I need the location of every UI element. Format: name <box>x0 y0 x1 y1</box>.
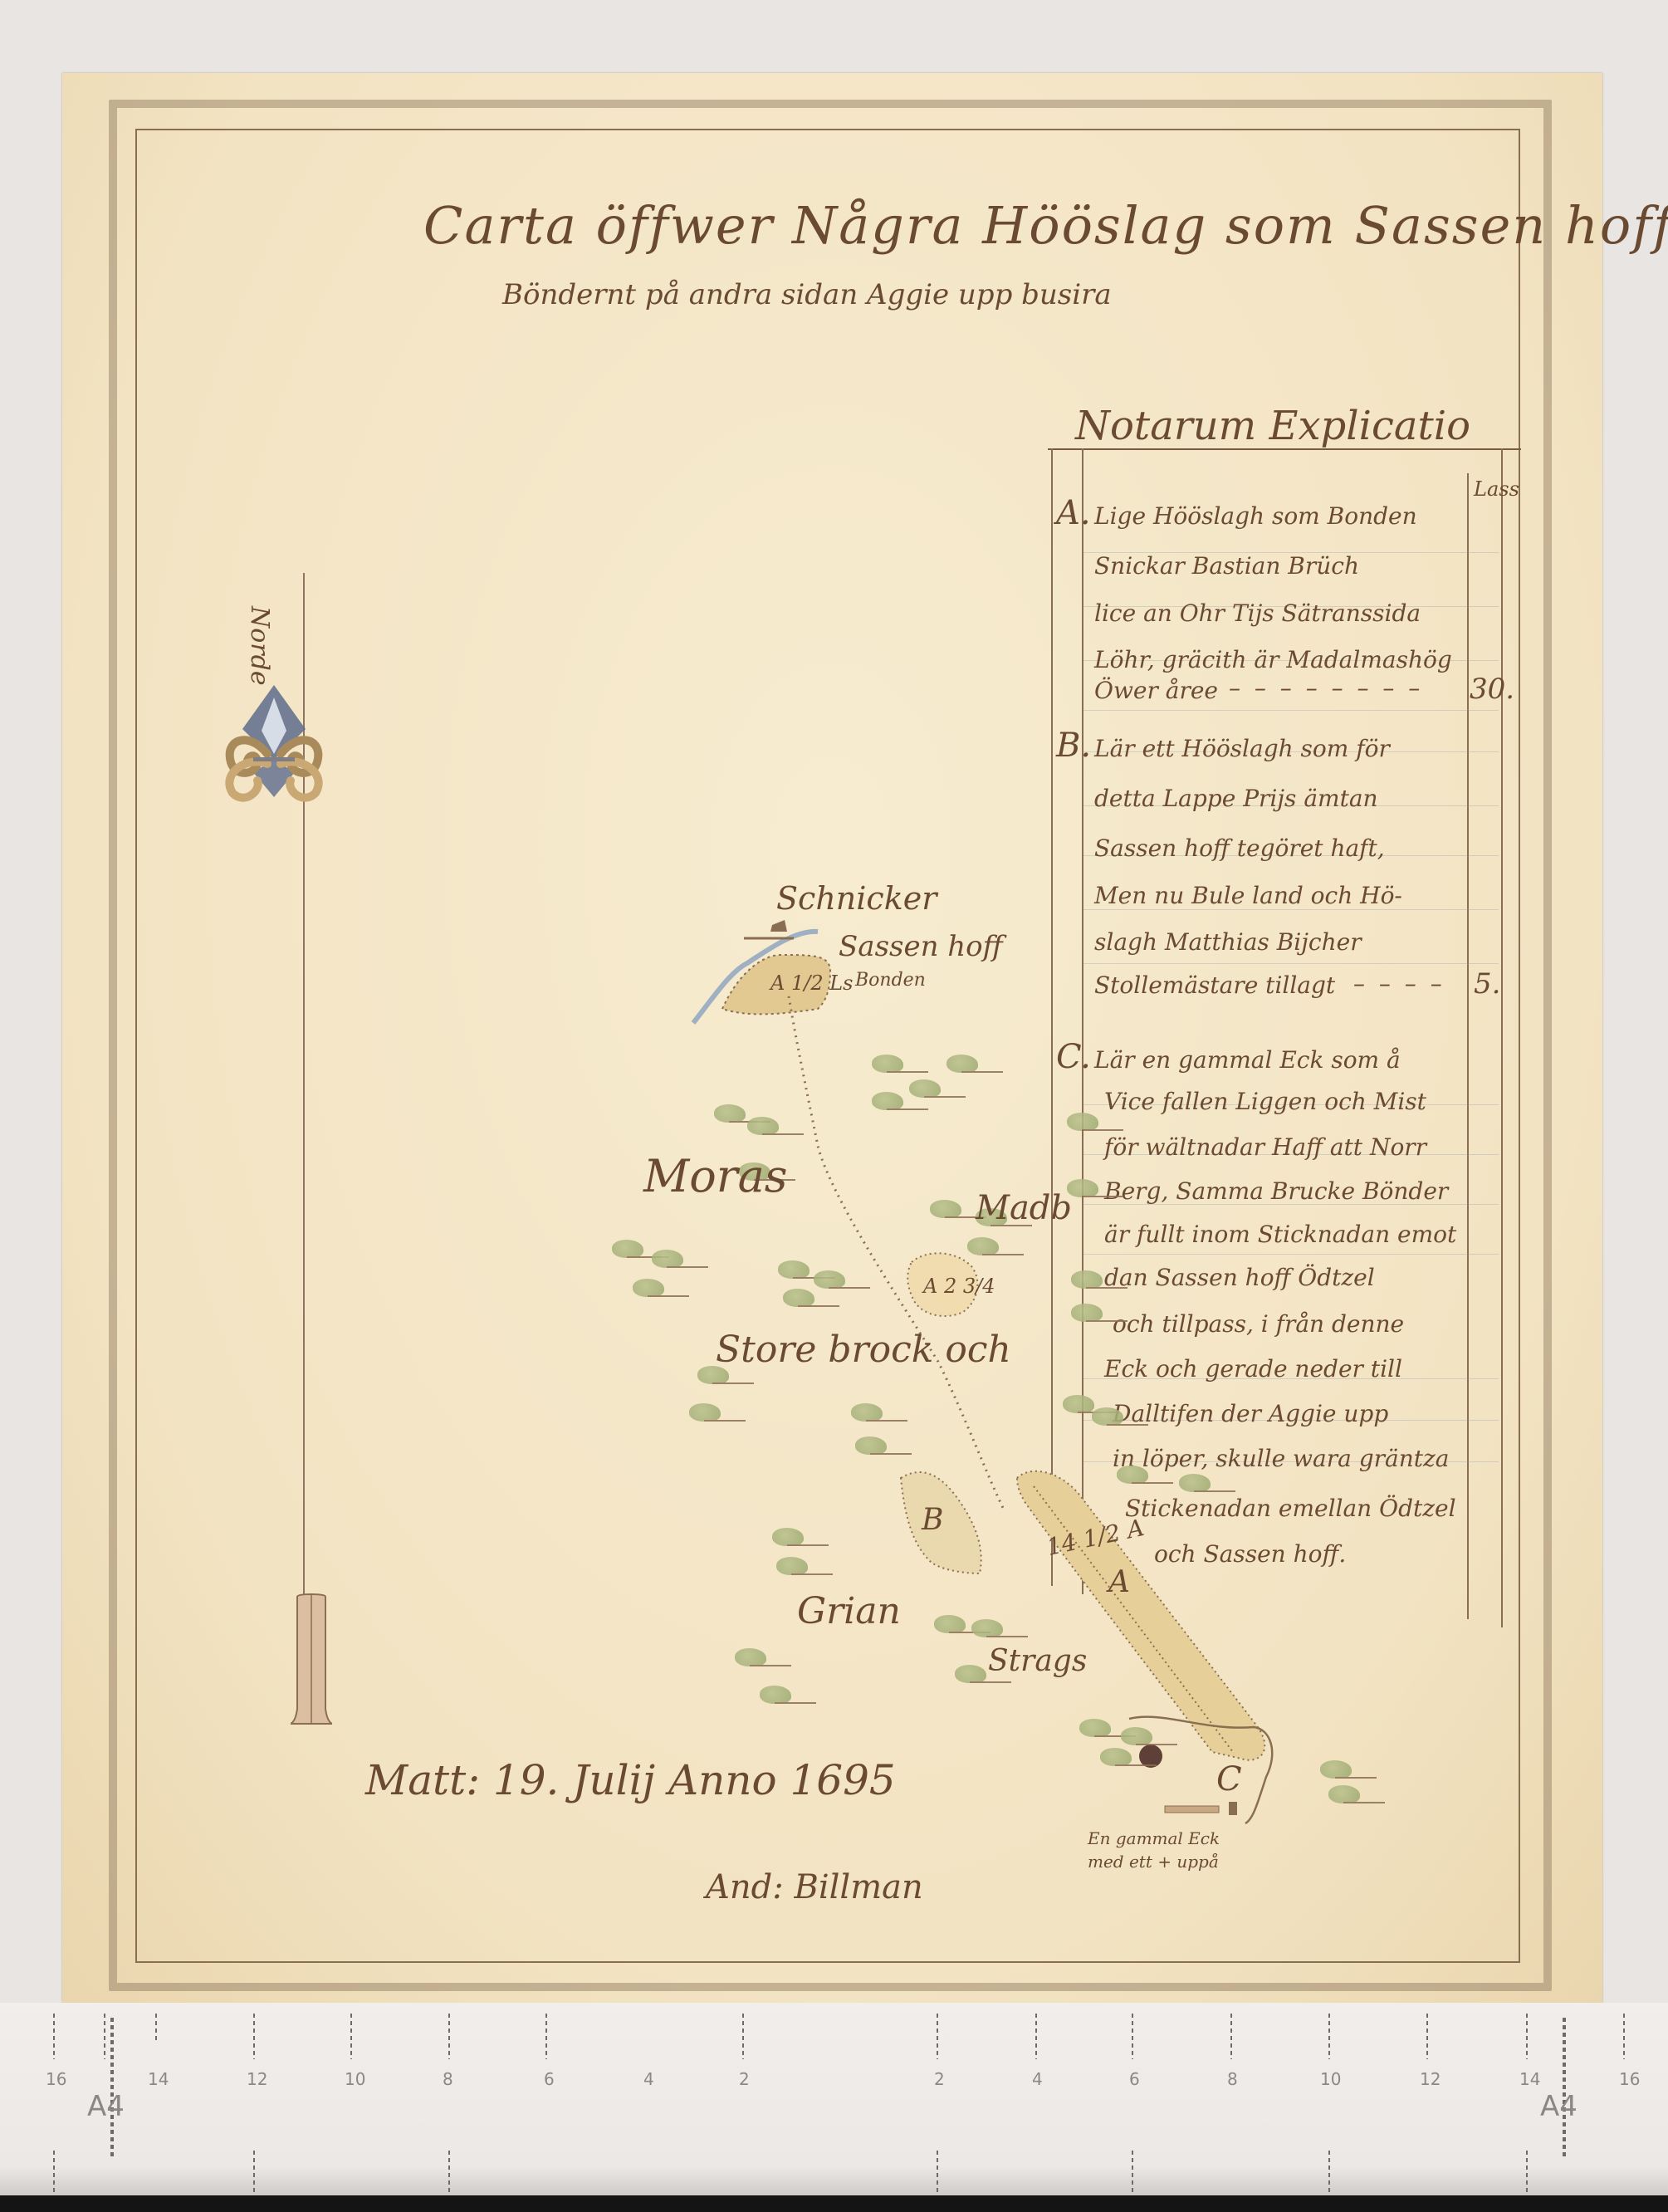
tree-icon <box>1079 1719 1111 1737</box>
tree-icon <box>735 1648 766 1666</box>
ruler-number: 14 <box>1519 2069 1540 2089</box>
label-estate: Sassen hoff <box>839 930 1003 963</box>
tree-icon <box>872 1092 903 1110</box>
ruler-a4-label: A4 <box>87 2090 125 2123</box>
tree-icon <box>855 1436 887 1455</box>
scan-edge <box>0 2195 1668 2212</box>
label-grian: Grian <box>797 1590 901 1632</box>
surveyor-signature: And: Billman <box>706 1868 923 1906</box>
tree-icon <box>909 1079 941 1098</box>
label-old-cross: En gammal Eck med ett + uppå <box>1088 1827 1254 1873</box>
tree-icon <box>1117 1466 1148 1484</box>
ruler-number: 4 <box>643 2069 654 2089</box>
label-strags: Strags <box>988 1644 1087 1678</box>
tree-icon <box>1328 1785 1360 1803</box>
label-meadow-b: B <box>922 1503 943 1537</box>
tree-icon <box>783 1289 814 1307</box>
label-strip-letter: A <box>1108 1565 1130 1599</box>
ruler-number: 14 <box>148 2069 169 2089</box>
tree-icon <box>930 1200 961 1218</box>
ruler-number: 16 <box>1619 2069 1640 2089</box>
ruler-number: 6 <box>1129 2069 1140 2089</box>
ruler-number: 8 <box>1227 2069 1238 2089</box>
label-estate-note: Bonden <box>855 970 926 991</box>
ruler-number: 2 <box>739 2069 750 2089</box>
ruler-number: 16 <box>46 2069 66 2089</box>
ruler-a4-label: A4 <box>1540 2090 1578 2123</box>
measuring-ruler <box>0 2003 1668 2195</box>
tree-icon <box>1092 1407 1123 1426</box>
label-wood-store: Store brock och <box>716 1329 1011 1371</box>
ruler-number: 12 <box>247 2069 267 2089</box>
tree-icon <box>955 1665 986 1683</box>
tree-icon <box>1100 1748 1132 1766</box>
survey-date: Matt: 19. Julij Anno 1695 <box>365 1756 896 1804</box>
label-settlement: Schnicker <box>776 880 937 917</box>
tree-icon <box>1063 1395 1094 1413</box>
tree-icon <box>772 1528 804 1546</box>
tree-icon <box>1320 1760 1352 1779</box>
map-drawing <box>0 0 1668 2003</box>
tree-icon <box>689 1403 721 1422</box>
ruler-number: 12 <box>1420 2069 1441 2089</box>
tree-icon <box>1067 1113 1098 1131</box>
tree-icon <box>778 1260 810 1279</box>
tree-icon <box>714 1104 746 1123</box>
tree-icon <box>612 1240 643 1258</box>
tree-icon <box>633 1279 664 1297</box>
ruler-number: 10 <box>345 2069 365 2089</box>
tree-icon <box>760 1686 791 1704</box>
label-letter-c: C <box>1216 1760 1242 1798</box>
tree-icon <box>872 1055 903 1073</box>
ruler-number: 8 <box>443 2069 453 2089</box>
tree-icon <box>851 1403 883 1422</box>
tree-icon <box>934 1615 966 1633</box>
tree-icon <box>1071 1304 1103 1322</box>
tree-icon <box>1121 1727 1152 1745</box>
tree-icon <box>1071 1270 1103 1289</box>
tree-icon <box>967 1237 999 1255</box>
ruler-number: 6 <box>544 2069 555 2089</box>
tree-icon <box>814 1270 845 1289</box>
label-wood-moras: Moras <box>643 1150 788 1202</box>
ruler-number: 2 <box>934 2069 945 2089</box>
tree-icon <box>971 1619 1003 1637</box>
tree-icon <box>747 1117 779 1135</box>
label-area-a-top: A 1/2 Ls <box>770 971 853 995</box>
tree-icon <box>1179 1474 1211 1492</box>
ruler-number: 4 <box>1032 2069 1043 2089</box>
label-meadow-madb: Madb <box>976 1189 1072 1227</box>
tree-icon <box>652 1250 683 1268</box>
tree-icon <box>947 1055 978 1073</box>
label-meadow-a: A 2 3/4 <box>923 1275 995 1298</box>
tree-icon <box>776 1557 808 1575</box>
ruler-number: 10 <box>1320 2069 1341 2089</box>
